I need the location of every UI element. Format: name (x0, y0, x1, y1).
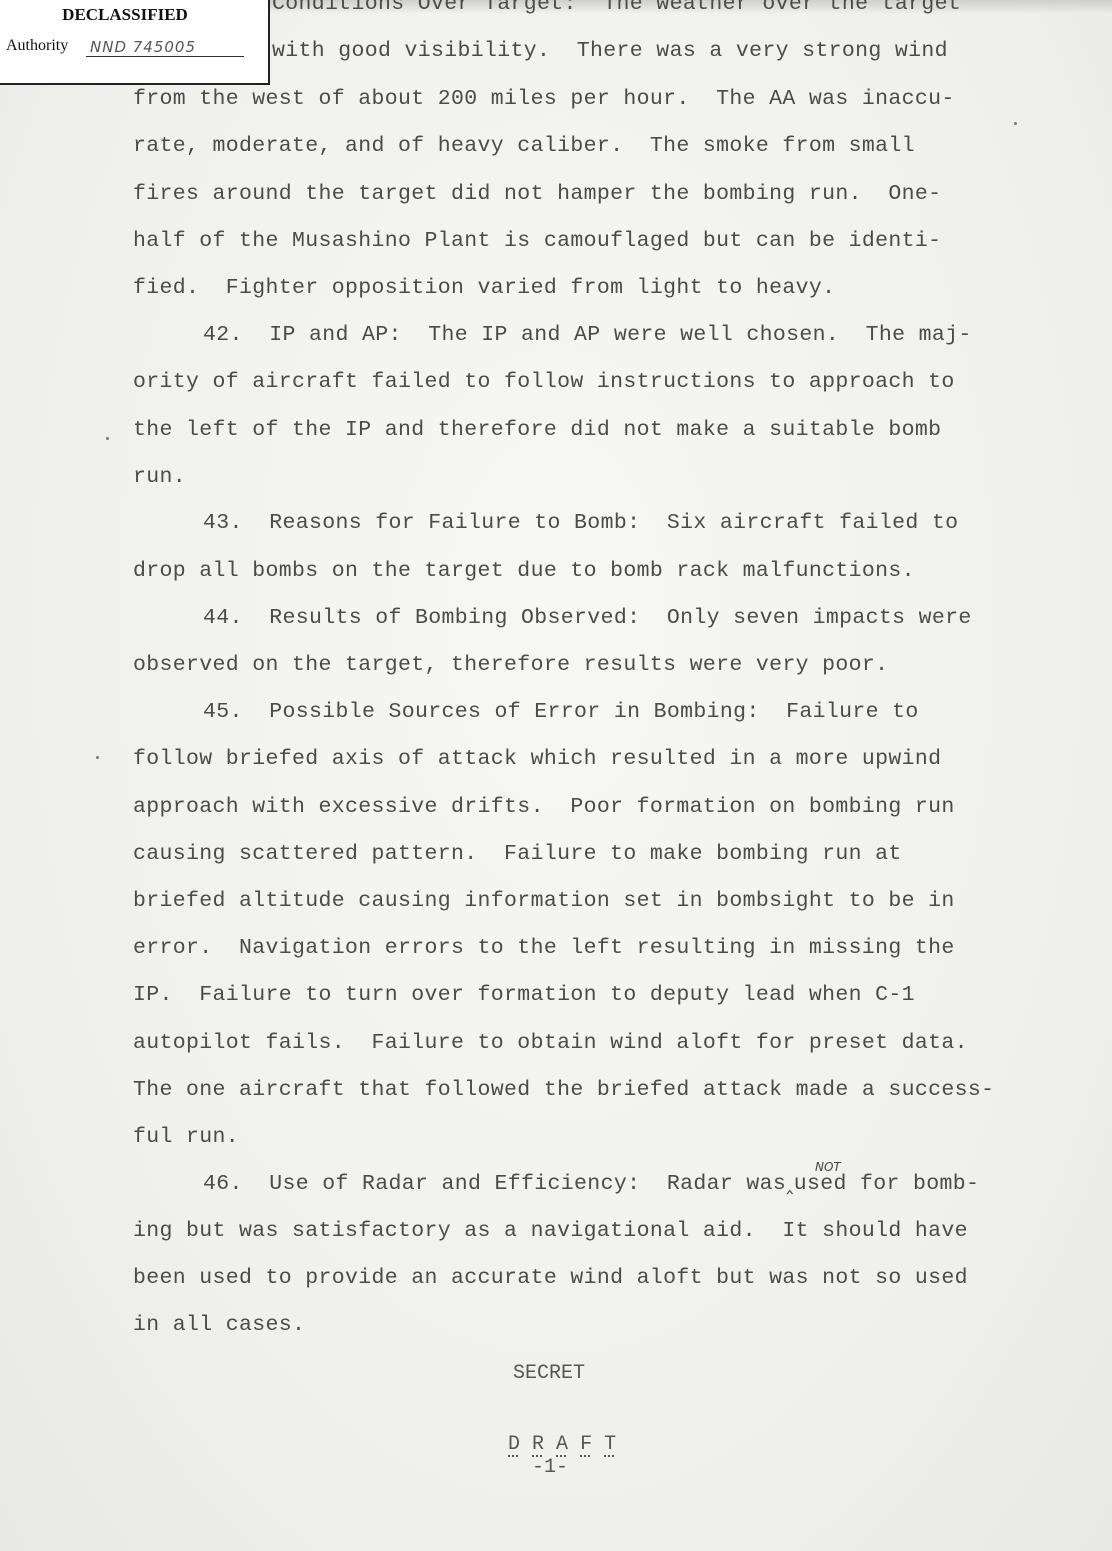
text-line: fires around the target did not hamper t… (133, 184, 941, 206)
page-number: -1- (532, 1456, 568, 1479)
paragraph-44-heading: 44. Results of Bombing Observed: Only se… (203, 608, 972, 630)
text-line: autopilot fails. Failure to obtain wind … (133, 1033, 968, 1055)
text-line: observed on the target, therefore result… (133, 655, 888, 677)
scan-speck (96, 756, 99, 759)
paragraph-42-heading: 42. IP and AP: The IP and AP were well c… (203, 325, 972, 347)
draft-marking: DRAFT (484, 1410, 628, 1456)
text-line: ority of aircraft failed to follow instr… (133, 372, 955, 394)
draft-letter: D (508, 1433, 520, 1456)
draft-letter: T (604, 1433, 616, 1456)
text-line: been used to provide an accurate wind al… (133, 1268, 968, 1290)
scan-speck (1014, 122, 1017, 125)
text-line: approach with excessive drifts. Poor for… (133, 797, 955, 819)
stamp-title: DECLASSIFIED (0, 5, 250, 25)
text-line: rate, moderate, and of heavy caliber. Th… (133, 136, 915, 158)
text-line: error. Navigation errors to the left res… (133, 938, 955, 960)
scan-speck (106, 437, 109, 440)
text-line: with good visibility. There was a very s… (272, 41, 948, 63)
text-line: in all cases. (133, 1315, 305, 1337)
text-line: Conditions Over Target: The weather over… (272, 0, 961, 16)
text-line: half of the Musashino Plant is camouflag… (133, 231, 941, 253)
text-line: IP. Failure to turn over formation to de… (133, 985, 915, 1007)
text-line: from the west of about 200 miles per hou… (133, 89, 955, 111)
text-line: fied. Fighter opposition varied from lig… (133, 278, 835, 300)
text-line: ing but was satisfactory as a navigation… (133, 1221, 968, 1243)
declassified-stamp: DECLASSIFIED Authority NND 745005 (0, 0, 270, 85)
draft-letter: A (556, 1433, 568, 1456)
text-line: follow briefed axis of attack which resu… (133, 749, 941, 771)
draft-letter: R (532, 1433, 544, 1456)
text-line: the left of the IP and therefore did not… (133, 420, 941, 442)
paragraph-46-heading: 46. Use of Radar and Efficiency: Radar w… (203, 1174, 979, 1196)
classification-marking: SECRET (513, 1362, 585, 1385)
text-line: drop all bombs on the target due to bomb… (133, 561, 915, 583)
text-line: causing scattered pattern. Failure to ma… (133, 844, 902, 866)
stamp-authority-label: Authority (6, 37, 68, 55)
text-line: briefed altitude causing information set… (133, 891, 955, 913)
text-line: ful run. (133, 1127, 239, 1149)
paragraph-45-heading: 45. Possible Sources of Error in Bombing… (203, 702, 919, 724)
text-line: run. (133, 467, 186, 489)
text-line: The one aircraft that followed the brief… (133, 1080, 994, 1102)
stamp-authority-value: NND 745005 (86, 38, 244, 57)
paragraph-43-heading: 43. Reasons for Failure to Bomb: Six air… (203, 513, 958, 535)
draft-letter: F (580, 1433, 592, 1456)
